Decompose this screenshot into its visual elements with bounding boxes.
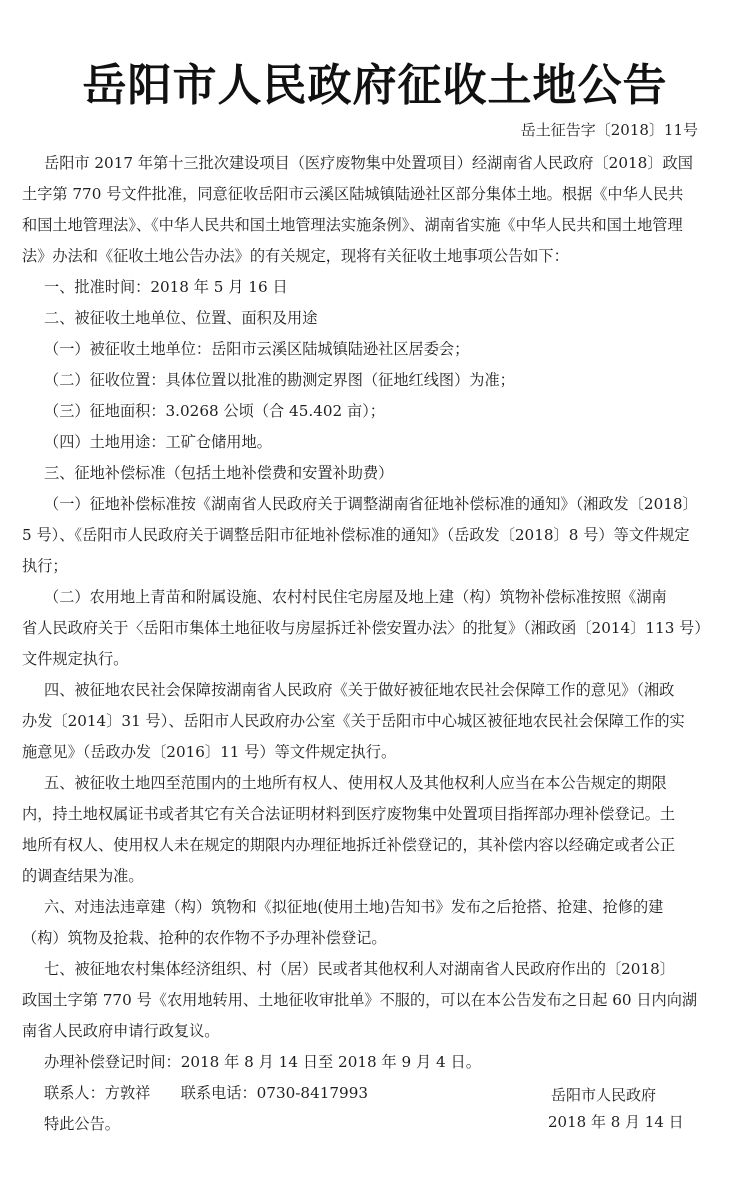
body-line: 内，持土地权属证书或者其它有关合法证明材料到医疗废物集中处置项目指挥部办理补偿登… <box>22 804 675 824</box>
body-line: 和国土地管理法》、《中华人民共和国土地管理法实施条例》、湖南省实施《中华人民共和… <box>22 215 683 235</box>
body-line: 办发〔2014〕31 号）、岳阳市人民政府办公室《关于岳阳市中心城区被征地农民社… <box>22 711 685 731</box>
body-line: 岳阳市 2017 年第十三批次建设项目（医疗废物集中处置项目）经湖南省人民政府〔… <box>44 153 693 173</box>
body-line: 施意见》（岳政办发〔2016〕11 号）等文件规定执行。 <box>22 742 396 762</box>
body-line: （三）征地面积：3.0268 公顷（合 45.402 亩）； <box>44 401 385 421</box>
body-line: 一、批准时间：2018 年 5 月 16 日 <box>44 277 288 297</box>
body-line: 五、被征收土地四至范围内的土地所有权人、使用权人及其他权利人应当在本公告规定的期… <box>44 773 667 793</box>
body-line: 特此公告。 <box>44 1114 120 1134</box>
body-line: 三、征地补偿标准（包括土地补偿费和安置补助费） <box>44 463 393 483</box>
body-line: （一）被征收土地单位：岳阳市云溪区陆城镇陆逊社区居委会； <box>44 339 469 359</box>
page-title: 岳阳市人民政府征收土地公告 <box>0 58 750 114</box>
body-line: （二）征收位置：具体位置以批准的勘测定界图（征地红线图）为准； <box>44 370 515 390</box>
body-line: （构）筑物及抢栽、抢种的农作物不予办理补偿登记。 <box>22 928 387 948</box>
body-line: 办理补偿登记时间：2018 年 8 月 14 日至 2018 年 9 月 4 日… <box>44 1052 481 1072</box>
body-line: （一）征地补偿标准按《湖南省人民政府关于调整湖南省征地补偿标准的通知》（湘政发〔… <box>44 494 698 514</box>
body-line: 文件规定执行。 <box>22 649 128 669</box>
signature-issuer: 岳阳市人民政府 <box>551 1085 656 1105</box>
body-line: （四）土地用途：工矿仓储用地。 <box>44 432 272 452</box>
body-line: 执行； <box>22 556 68 576</box>
body-line: 联系人：方敦祥 联系电话：0730-8417993 <box>44 1083 368 1103</box>
body-line: 六、对违法违章建（构）筑物和《拟征地(使用土地)告知书》发布之后抢搭、抢建、抢修… <box>44 897 663 917</box>
body-line: 省人民政府关于〈岳阳市集体土地征收与房屋拆迁补偿安置办法〉的批复》（湘政函〔20… <box>22 618 710 638</box>
body-line: （二）农用地上青苗和附属设施、农村村民住宅房屋及地上建（构）筑物补偿标准按照《湖… <box>44 587 667 607</box>
body-line: 的调查结果为准。 <box>22 866 144 886</box>
document-number: 岳土征告字〔2018〕11号 <box>521 120 698 140</box>
body-line: 政国土字第 770 号《农用地转用、土地征收审批单》不服的，可以在本公告发布之日… <box>22 990 697 1010</box>
body-line: 二、被征收土地单位、位置、面积及用途 <box>44 308 317 328</box>
body-line: 法》办法和《征收土地公告办法》的有关规定，现将有关征收土地事项公告如下： <box>22 246 569 266</box>
body-line: 土字第 770 号文件批准，同意征收岳阳市云溪区陆城镇陆逊社区部分集体土地。根据… <box>22 184 683 204</box>
signature-date: 2018 年 8 月 14 日 <box>548 1112 684 1132</box>
body-line: 七、被征地农村集体经济组织、村（居）民或者其他权利人对湖南省人民政府作出的〔20… <box>44 959 675 979</box>
body-line: 南省人民政府申请行政复议。 <box>22 1021 219 1041</box>
body-line: 地所有权人、使用权人未在规定的期限内办理征地拆迁补偿登记的，其补偿内容以经确定或… <box>22 835 675 855</box>
body-line: 四、被征地农民社会保障按湖南省人民政府《关于做好被征地农民社会保障工作的意见》（… <box>44 680 674 700</box>
body-line: 5 号）、《岳阳市人民政府关于调整岳阳市征地补偿标准的通知》（岳政发〔2018〕… <box>22 525 690 545</box>
